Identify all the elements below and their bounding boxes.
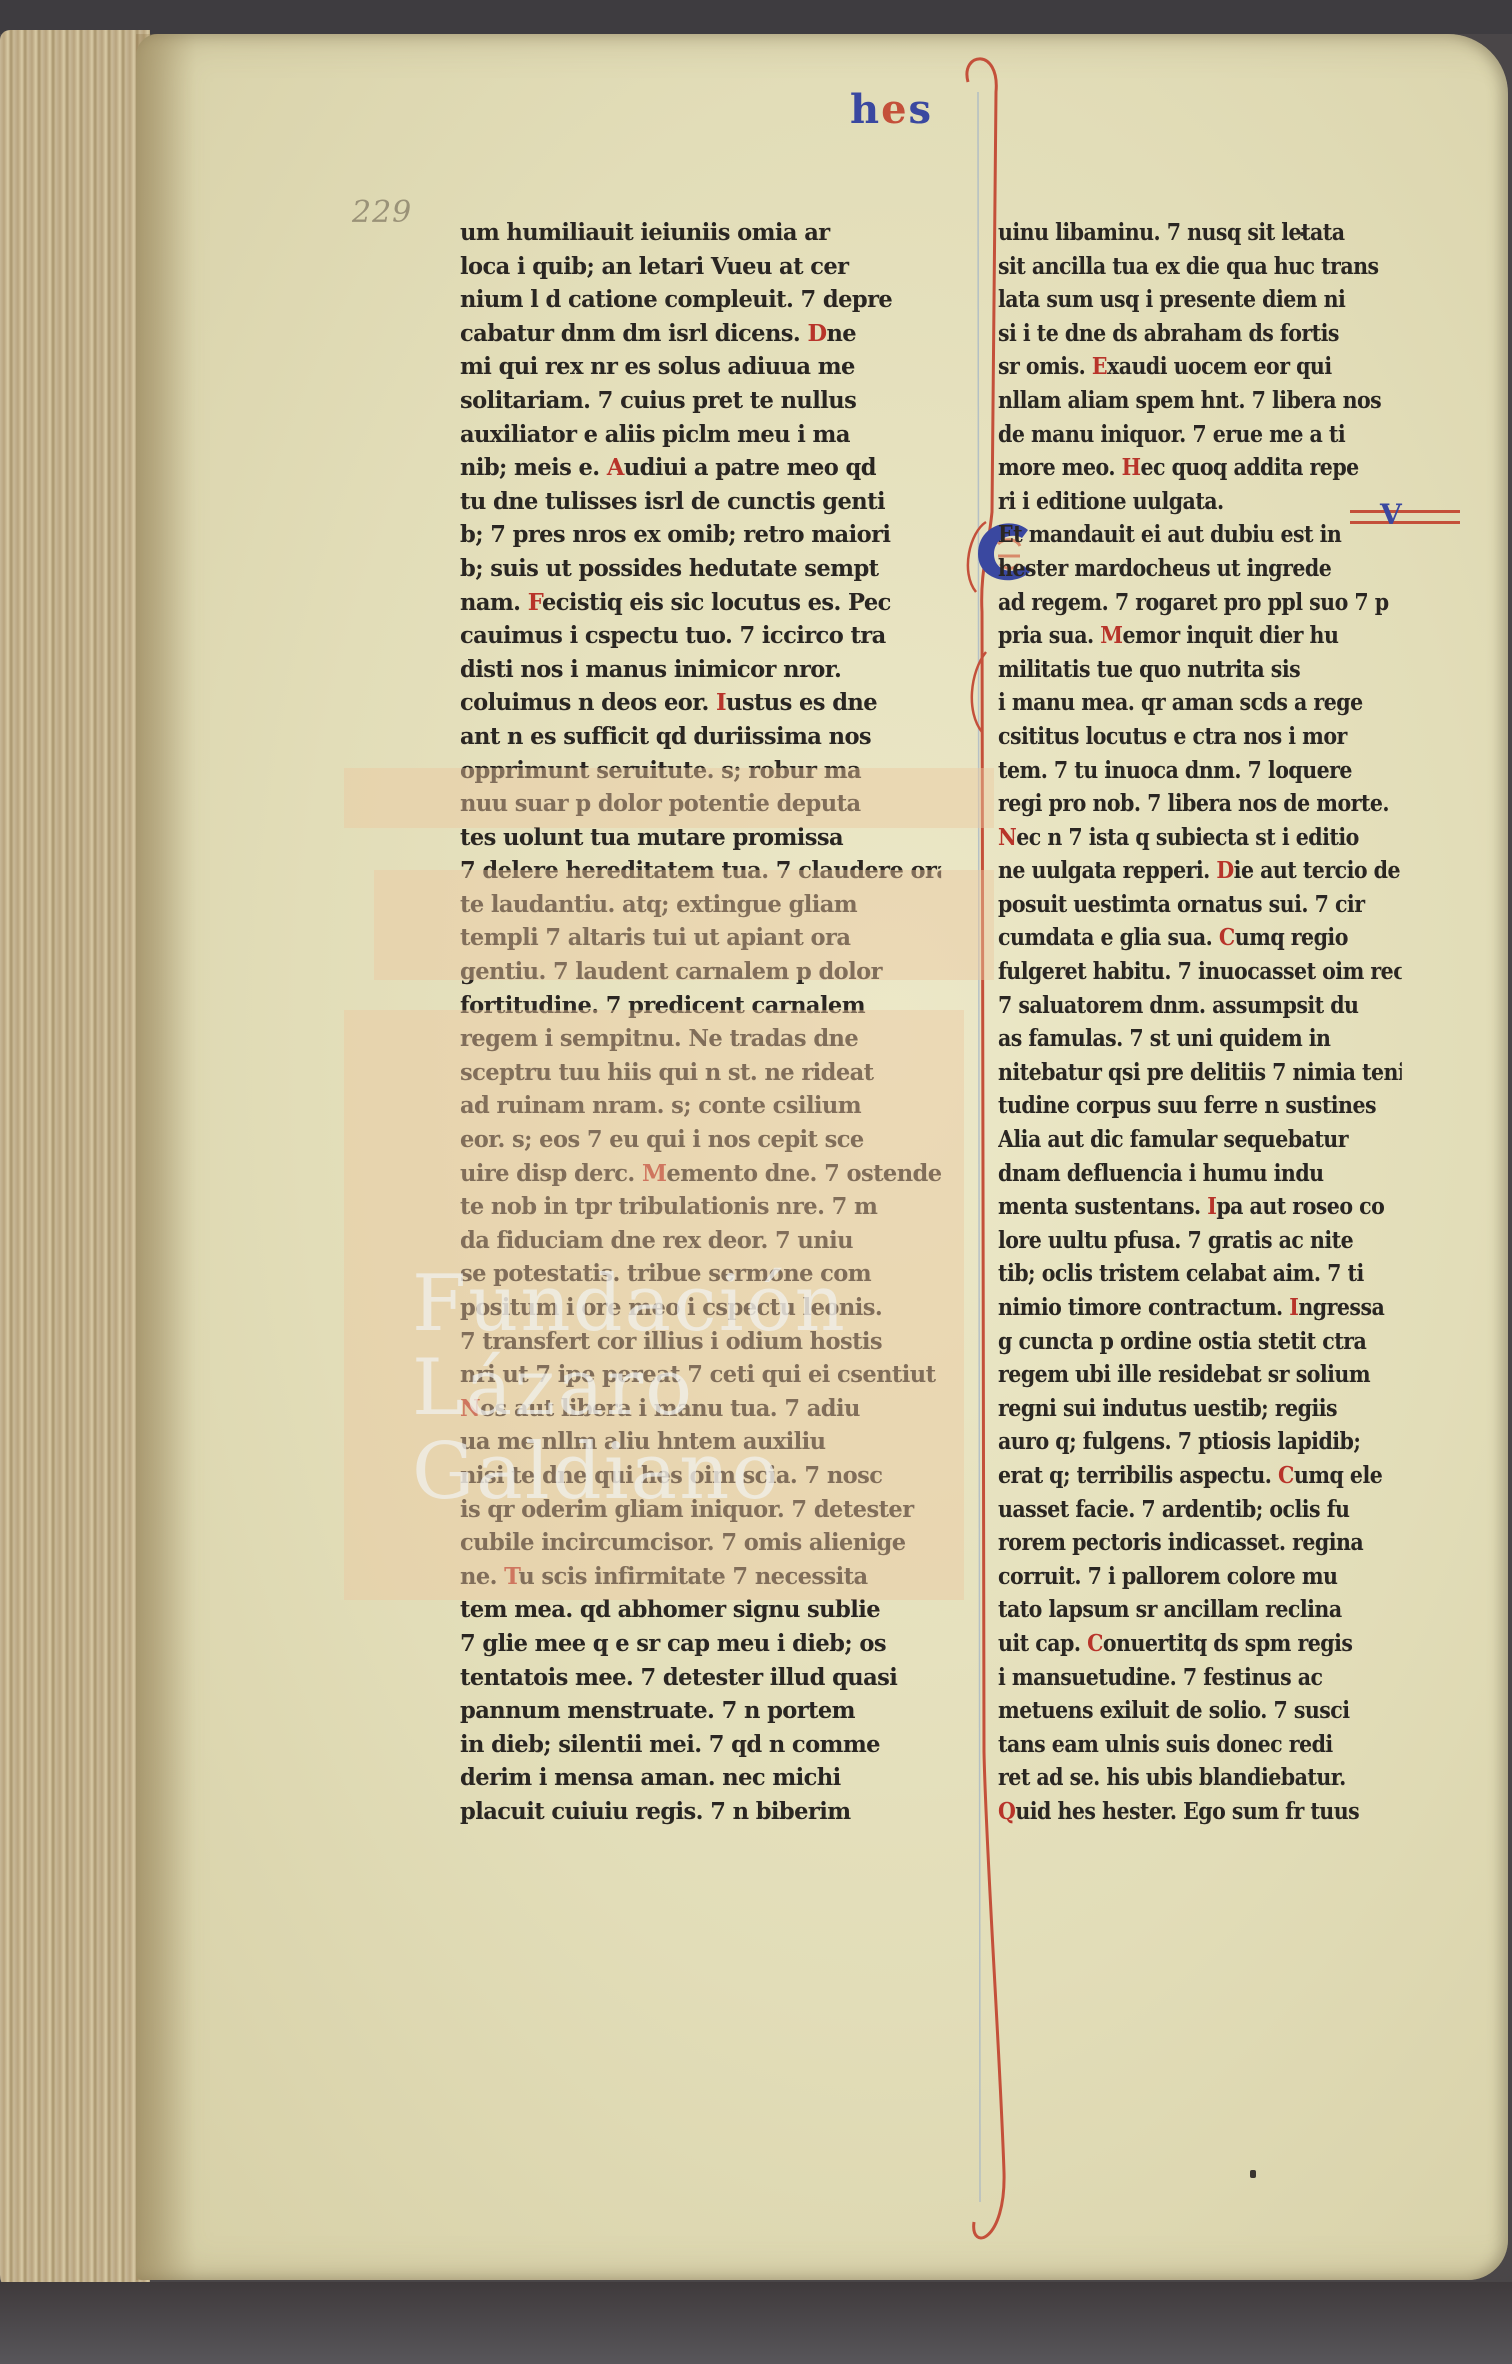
rubric-initial: Q — [998, 1798, 1015, 1825]
manuscript-line: Alia aut dic famular sequebatur — [998, 1123, 1402, 1157]
rubric-initial: D — [807, 320, 826, 347]
manuscript-line: pannum menstruate. 7 n portem — [460, 1694, 941, 1728]
book-page-edges — [0, 30, 150, 2295]
manuscript-line: tentatois mee. 7 detester illud quasi — [460, 1661, 941, 1695]
ink-speck — [1300, 232, 1304, 236]
manuscript-line: tudine corpus suu ferre n sustines — [998, 1089, 1402, 1123]
manuscript-line: sit ancilla tua ex die qua huc trans — [998, 250, 1402, 284]
manuscript-line: nium l d catione compleuit. 7 depre — [460, 283, 941, 317]
manuscript-line: as famulas. 7 st uni quidem in — [998, 1022, 1402, 1056]
manuscript-line: templi 7 altaris tui ut apiant ora — [460, 921, 941, 955]
manuscript-line: rorem pectoris indicasset. regina — [998, 1526, 1402, 1560]
manuscript-line: se potestatis. tribue sermone com — [460, 1257, 941, 1291]
manuscript-line: regem i sempitnu. Ne tradas dne — [460, 1022, 941, 1056]
manuscript-line: i mansuetudine. 7 festinus ac — [998, 1661, 1402, 1695]
manuscript-line: more meo. Hec quoq addita repe — [998, 451, 1402, 485]
manuscript-line: menta sustentans. Ipa aut roseo co — [998, 1190, 1402, 1224]
manuscript-line: nam. Fecistiq eis sic locutus es. Pec — [460, 586, 941, 620]
folio-number: 229 — [352, 195, 412, 230]
manuscript-line: opprimunt seruitute. s; robur ma — [460, 754, 941, 788]
manuscript-line: sceptru tuu hiis qui n st. ne rideat — [460, 1056, 941, 1090]
manuscript-line: um humiliauit ieiuniis omia ar — [460, 216, 941, 250]
manuscript-line: ret ad se. his ubis blandiebatur. — [998, 1761, 1402, 1795]
manuscript-line: nri ut 7 ipe pereat 7 ceti qui ei csenti… — [460, 1358, 941, 1392]
manuscript-line: placuit cuiuiu regis. 7 n biberim — [460, 1795, 941, 1829]
manuscript-line: regni sui indutus uestib; regiis — [998, 1392, 1402, 1426]
manuscript-line: derim i mensa aman. nec michi — [460, 1761, 941, 1795]
manuscript-line: militatis tue quo nutrita sis — [998, 653, 1402, 687]
manuscript-line: auro q; fulgens. 7 ptiosis lapidib; — [998, 1425, 1402, 1459]
manuscript-line: in dieb; silentii mei. 7 qd n comme — [460, 1728, 941, 1762]
photo-background-bottom — [0, 2282, 1512, 2364]
manuscript-line: cauimus i cspectu tuo. 7 iccirco tra — [460, 619, 941, 653]
rubric-initial: C — [1087, 1630, 1103, 1657]
manuscript-line: da fiduciam dne rex deor. 7 uniu — [460, 1224, 941, 1258]
manuscript-line: coluimus n deos eor. Iustus es dne — [460, 686, 941, 720]
ink-speck — [1250, 2170, 1256, 2178]
manuscript-line: posuit uestimta ornatus sui. 7 cir — [998, 888, 1402, 922]
manuscript-line: tu dne tulisses isrl de cunctis genti — [460, 485, 941, 519]
rubric-initial: E — [1092, 353, 1107, 380]
manuscript-line: nib; meis e. Audiui a patre meo qd — [460, 451, 941, 485]
rubric-initial: I — [1289, 1294, 1298, 1321]
gutter-shadow — [136, 34, 196, 2280]
rubric-initial: I — [716, 689, 726, 716]
manuscript-line: g cuncta p ordine ostia stetit ctra — [998, 1325, 1402, 1359]
manuscript-line: dnam defluencia i humu indu — [998, 1157, 1402, 1191]
manuscript-line: Nec n 7 ista q subiecta st i editio — [998, 821, 1402, 855]
manuscript-line: eor. s; eos 7 eu qui i nos cepit sce — [460, 1123, 941, 1157]
manuscript-line: 7 delere hereditatem tua. 7 claudere ora — [460, 854, 941, 888]
manuscript-line: ua me nllm aliu hntem auxiliu — [460, 1425, 941, 1459]
manuscript-line: 7 saluatorem dnm. assumpsit du — [998, 989, 1402, 1023]
manuscript-line: ad regem. 7 rogaret pro ppl suo 7 p — [998, 586, 1402, 620]
rubric-initial: A — [607, 454, 624, 481]
manuscript-line: solitariam. 7 cuius pret te nullus — [460, 384, 941, 418]
manuscript-line: nimio timore contractum. Ingressa — [998, 1291, 1402, 1325]
manuscript-line: uinu libaminu. 7 nusq sit letata — [998, 216, 1402, 250]
manuscript-line: te nob in tpr tribulationis nre. 7 m — [460, 1190, 941, 1224]
manuscript-line: cumdata e glia sua. Cumq regio — [998, 921, 1402, 955]
manuscript-line: hester mardocheus ut ingrede — [998, 552, 1402, 586]
manuscript-line: metuens exiluit de solio. 7 susci — [998, 1694, 1402, 1728]
header-letter-e: e — [881, 86, 908, 133]
manuscript-line: nllam aliam spem hnt. 7 libera nos — [998, 384, 1402, 418]
manuscript-line: 7 transfert cor illius i odium hostis — [460, 1325, 941, 1359]
manuscript-line: de manu iniquor. 7 erue me a ti — [998, 418, 1402, 452]
text-column-right: uinu libaminu. 7 nusq sit letatasit anci… — [998, 216, 1402, 1829]
manuscript-line: i manu mea. qr aman scds a rege — [998, 686, 1402, 720]
manuscript-line: csititus locutus e ctra nos i mor — [998, 720, 1402, 754]
manuscript-line: disti nos i manus inimicor nror. — [460, 653, 941, 687]
manuscript-line: lata sum usq i presente diem ni — [998, 283, 1402, 317]
manuscript-line: gentiu. 7 laudent carnalem p dolor — [460, 955, 941, 989]
manuscript-line: 7 glie mee q e sr cap meu i dieb; os — [460, 1627, 941, 1661]
manuscript-line: auxiliator e aliis piclm meu i ma — [460, 418, 941, 452]
manuscript-line: positum i ore meo i cspectu leonis. — [460, 1291, 941, 1325]
running-header: hes — [850, 86, 933, 133]
manuscript-line: cabatur dnm dm isrl dicens. Dne — [460, 317, 941, 351]
manuscript-line: cubile incircumcisor. 7 omis alienige — [460, 1526, 941, 1560]
rubric-initial: N — [998, 824, 1016, 851]
manuscript-line: ad ruinam nram. s; conte csilium — [460, 1089, 941, 1123]
rubric-initial: H — [1122, 454, 1141, 481]
rubric-initial: T — [504, 1563, 518, 1590]
manuscript-line: fortitudine. 7 predicent carnalem — [460, 989, 941, 1023]
manuscript-line: lore uultu pfusa. 7 gratis ac nite — [998, 1224, 1402, 1258]
header-letter-h: h — [850, 86, 881, 133]
manuscript-line: ri i editione uulgata. — [998, 485, 1402, 519]
manuscript-line: nitebatur qsi pre delitiis 7 nimia teni — [998, 1056, 1402, 1090]
rubric-initial: I — [1207, 1193, 1216, 1220]
manuscript-line: sr omis. Exaudi uocem eor qui — [998, 350, 1402, 384]
manuscript-line: tem. 7 tu inuoca dnm. 7 loquere — [998, 754, 1402, 788]
manuscript-line: te laudantiu. atq; extingue gliam — [460, 888, 941, 922]
photo-background-top — [0, 0, 1512, 34]
manuscript-line: ne. Tu scis infirmitate 7 necessita — [460, 1560, 941, 1594]
manuscript-line: erat q; terribilis aspectu. Cumq ele — [998, 1459, 1402, 1493]
manuscript-line: tato lapsum sr ancillam reclina — [998, 1593, 1402, 1627]
manuscript-line: mi qui rex nr es solus adiuua me — [460, 350, 941, 384]
manuscript-line: ant n es sufficit qd duriissima nos — [460, 720, 941, 754]
manuscript-line: regem ubi ille residebat sr solium — [998, 1358, 1402, 1392]
rubric-initial: D — [1216, 857, 1233, 884]
manuscript-line: b; suis ut possides hedutate sempt — [460, 552, 941, 586]
text-column-left: um humiliauit ieiuniis omia arloca i qui… — [460, 216, 941, 1829]
manuscript-line: uire disp derc. Memento dne. 7 ostende — [460, 1157, 941, 1191]
manuscript-line: fulgeret habitu. 7 inuocasset oim rector… — [998, 955, 1402, 989]
manuscript-line: pria sua. Memor inquit dier hu — [998, 619, 1402, 653]
manuscript-line: uasset facie. 7 ardentib; oclis fu — [998, 1493, 1402, 1527]
manuscript-line: tes uolunt tua mutare promissa — [460, 821, 941, 855]
rubric-initial: C — [1278, 1462, 1294, 1489]
manuscript-line: tans eam ulnis suis donec redi — [998, 1728, 1402, 1762]
manuscript-line: tib; oclis tristem celabat aim. 7 ti — [998, 1257, 1402, 1291]
manuscript-line: loca i quib; an letari Vueu at cer — [460, 250, 941, 284]
manuscript-line: Et mandauit ei aut dubiu est in — [998, 518, 1402, 552]
manuscript-line: is qr oderim gliam iniquor. 7 detester — [460, 1493, 941, 1527]
manuscript-line: uit cap. Conuertitq ds spm regis — [998, 1627, 1402, 1661]
rubric-initial: M — [642, 1160, 666, 1187]
manuscript-line: tem mea. qd abhomer signu sublie — [460, 1593, 941, 1627]
manuscript-line: regi pro nob. 7 libera nos de morte. — [998, 787, 1402, 821]
manuscript-line: ne uulgata repperi. Die aut tercio de — [998, 854, 1402, 888]
manuscript-line: si i te dne ds abraham ds fortis — [998, 317, 1402, 351]
manuscript-line: b; 7 pres nros ex omib; retro maiori — [460, 518, 941, 552]
manuscript-line: nisi te dne qui hes oim scia. 7 nosc — [460, 1459, 941, 1493]
manuscript-line: Quid hes hester. Ego sum fr tuus — [998, 1795, 1402, 1829]
rubric-initial: M — [1100, 622, 1122, 649]
rubric-initial: F — [528, 589, 542, 616]
rubric-initial: N — [460, 1395, 480, 1422]
manuscript-line: nuu suar p dolor potentie deputa — [460, 787, 941, 821]
manuscript-line: Nos aut libera i manu tua. 7 adiu — [460, 1392, 941, 1426]
manuscript-line: corruit. 7 i pallorem colore mu — [998, 1560, 1402, 1594]
rubric-initial: C — [1219, 924, 1235, 951]
